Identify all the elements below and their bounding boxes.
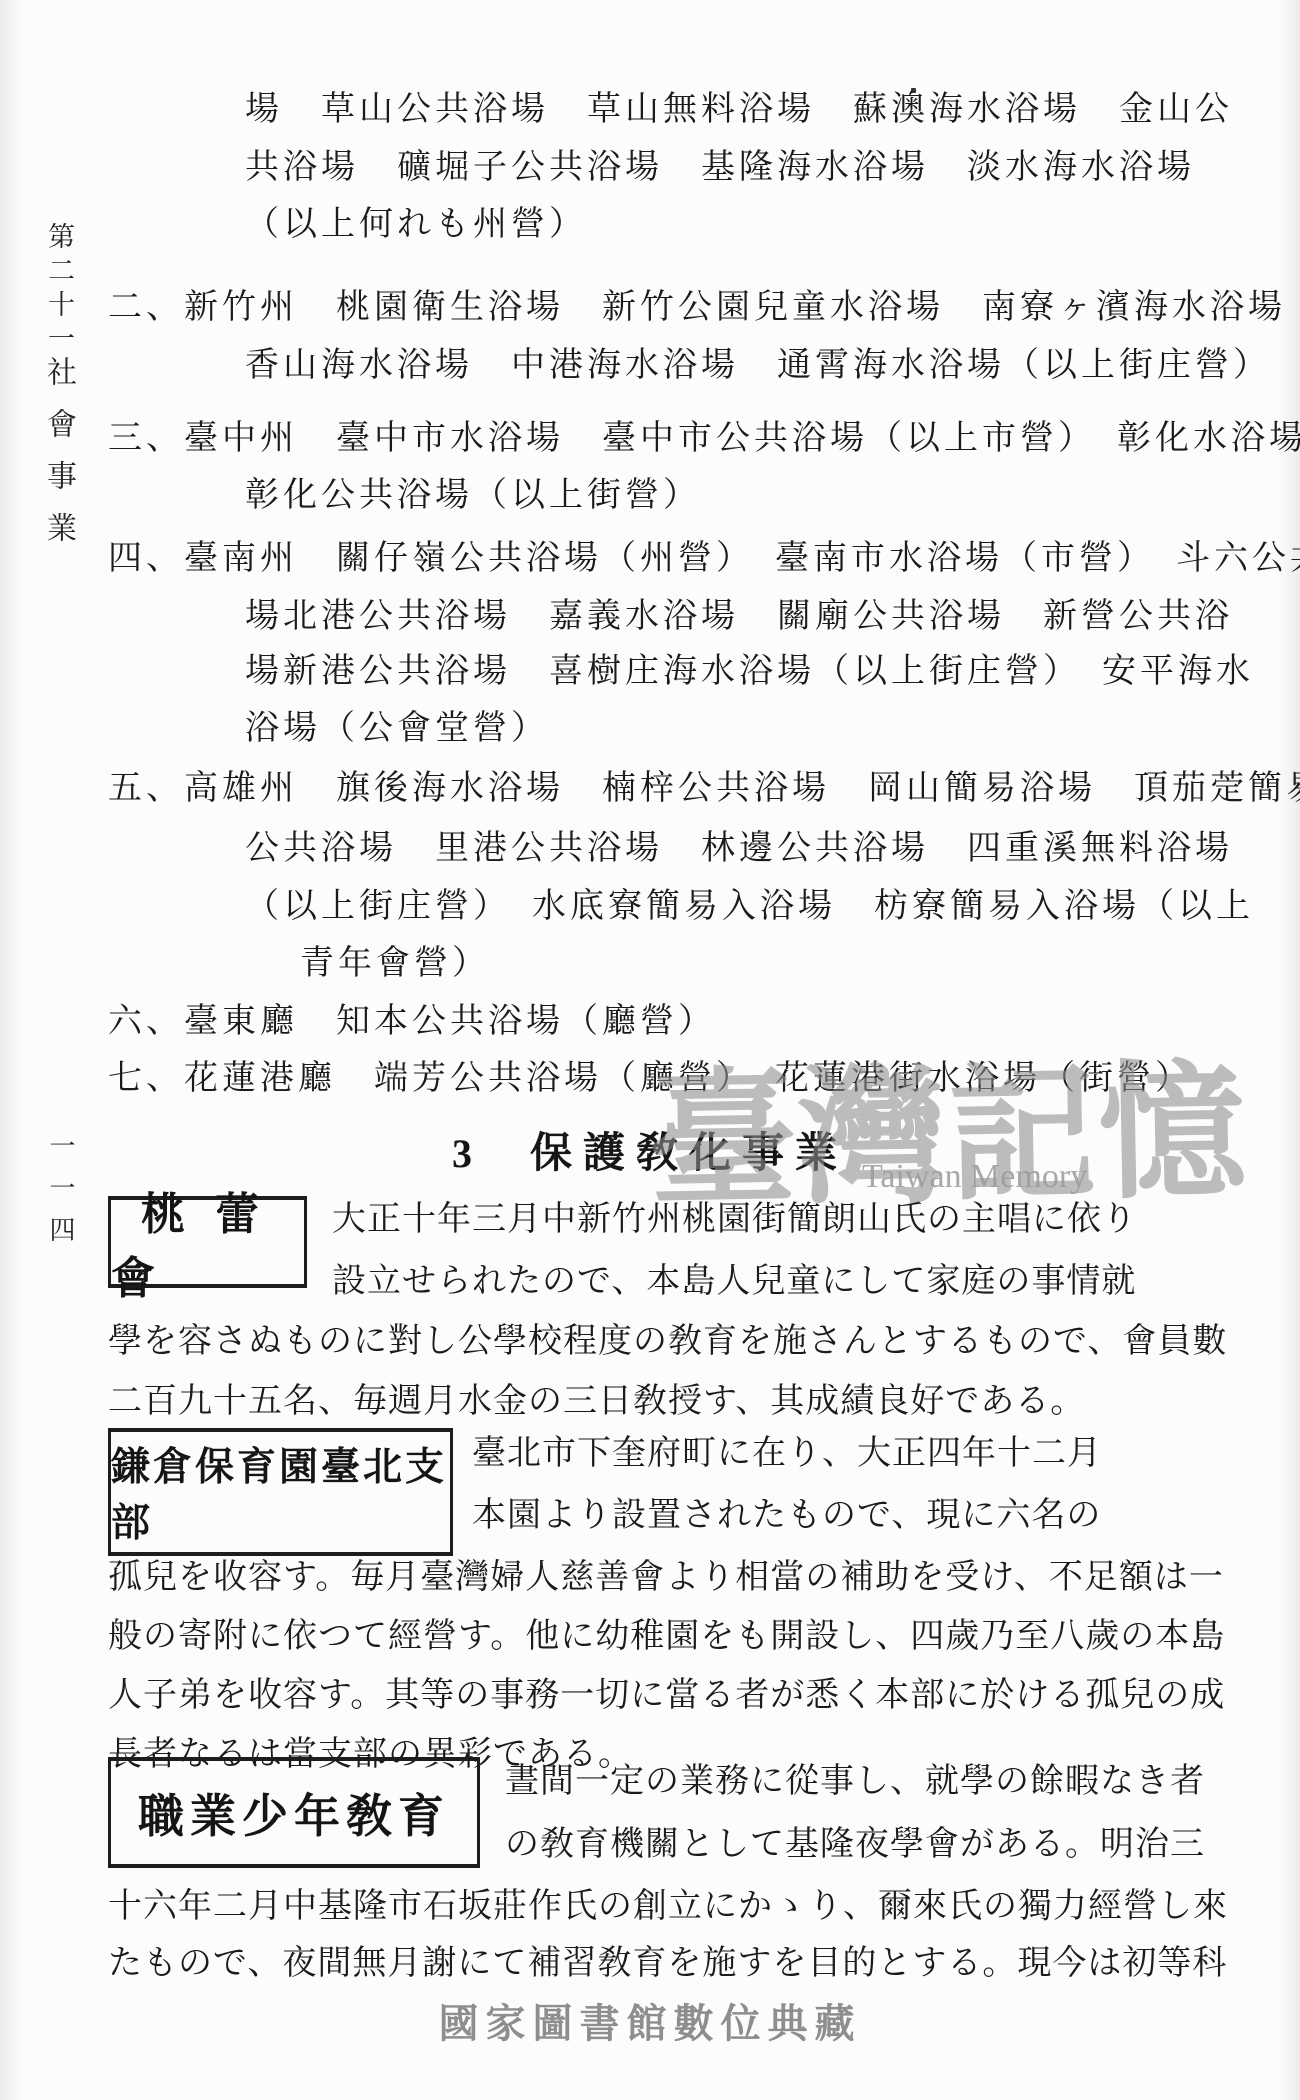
margin-chapter-label: 第二十一	[40, 222, 79, 358]
bath-list-line: 香山海水浴場 中港海水浴場 通霄海水浴場（以上街庄營）	[245, 346, 1271, 387]
org-paragraph-line: たもので、夜間無月謝にて補習敎育を施すを目的とする。現今は初等科	[108, 1944, 1227, 1985]
org-box-label: 職業少年敎育	[138, 1780, 450, 1846]
org-paragraph-line: 學を容さぬものに對し公學校程度の敎育を施さんとするもので、會員數	[108, 1322, 1227, 1363]
section-heading: 3 保護敎化事業	[452, 1120, 848, 1180]
org-paragraph-line: 二百九十五名、毎週月水金の三日敎授す、其成績良好である。	[108, 1382, 1085, 1423]
bath-list-line: （以上街庄營） 水底寮簡易入浴場 枋寮簡易入浴場（以上	[245, 887, 1254, 928]
org-box-kamakura-hoikuen: 鎌倉保育園臺北支部	[108, 1428, 453, 1556]
org-paragraph-line: の敎育機關として基隆夜學會がある。明治三	[505, 1825, 1205, 1866]
section-title: 保護敎化事業	[530, 1120, 848, 1180]
org-paragraph-line: 設立せられたので、本島人兒童にして家庭の事情就	[332, 1262, 1136, 1303]
org-paragraph-line: 晝間一定の業務に從事し、就學の餘暇なき者	[505, 1762, 1205, 1803]
scanned-document-page: 第二十一 社會事業 一一四 場 草山公共浴場 草山無料浴場 蘇澳海水浴場 金山公…	[0, 0, 1300, 2100]
bath-list-line: 場 草山公共浴場 草山無料浴場 蘇澳海水浴場 金山公	[245, 90, 1233, 131]
org-paragraph-line: 本園より設置されたもので、現に六名の	[472, 1496, 1101, 1537]
org-paragraph-line: 十六年二月中基隆市石坂莊作氏の創立にかゝり、爾來氏の獨力經營し來	[108, 1887, 1228, 1928]
library-archive-caption: 國家圖書館數位典藏	[0, 1992, 1300, 2049]
bath-list-line-shinchiku: 二、新竹州 桃園衛生浴場 新竹公園兒童水浴場 南寮ヶ濱海水浴場	[108, 288, 1286, 329]
bath-list-line-taito: 六、臺東廳 知本公共浴場（廳營）	[108, 1002, 716, 1043]
taiwan-memory-watermark-latin: Taiwan Memory	[862, 1158, 1087, 1196]
org-paragraph-line: 般の寄附に依つて經營す。他に幼稚園をも開設し、四歲乃至八歲の本島	[108, 1617, 1225, 1658]
margin-section-label: 社會事業	[36, 356, 80, 564]
section-number: 3	[452, 1130, 472, 1177]
bath-list-line: 浴場（公會堂營）	[245, 709, 549, 750]
bath-list-line: 場新港公共浴場 喜樹庄海水浴場（以上街庄營） 安平海水	[245, 652, 1254, 693]
org-box-label: 鎌倉保育園臺北支部	[111, 1436, 450, 1548]
bath-list-line: 共浴場 礦堀子公共浴場 基隆海水浴場 淡水海水浴場	[245, 148, 1195, 189]
org-paragraph-line: 臺北市下奎府町に在り、大正四年十二月	[472, 1434, 1102, 1475]
bath-list-line-takao: 五、高雄州 旗後海水浴場 楠梓公共浴場 岡山簡易浴場 頂茄萣簡易	[108, 769, 1300, 810]
bath-list-line-karenko: 七、花蓮港廳 端芳公共浴場（廳營） 花蓮港街水浴場（街營）	[108, 1059, 1193, 1100]
bath-list-line: 青年會營）	[300, 944, 490, 985]
margin-page-number: 一一四	[42, 1132, 79, 1258]
org-box-torai-kai: 桃蕾會	[108, 1196, 307, 1288]
bath-list-line: 彰化公共浴場（以上街營）	[245, 476, 701, 517]
bath-list-line: （以上何れも州營）	[245, 205, 587, 246]
org-box-shokugyo-shonen: 職業少年敎育	[108, 1757, 480, 1868]
bath-list-line-tainan: 四、臺南州 關仔嶺公共浴場（州營） 臺南市水浴場（市營） 斗六公共浴	[108, 539, 1300, 580]
bath-list-line: 場北港公共浴場 嘉義水浴場 關廟公共浴場 新營公共浴	[245, 597, 1233, 638]
bath-list-line: 公共浴場 里港公共浴場 林邊公共浴場 四重溪無料浴場	[245, 829, 1233, 870]
org-box-label: 桃蕾會	[111, 1178, 304, 1306]
org-paragraph-line: 孤兒を收容す。毎月臺灣婦人慈善會より相當の補助を受け、不足額は一	[108, 1558, 1224, 1599]
bath-list-line-taichu: 三、臺中州 臺中市水浴場 臺中市公共浴場（以上市營） 彰化水浴場	[108, 419, 1300, 460]
org-paragraph-line: 大正十年三月中新竹州桃園街簡朗山氏の主唱に依り	[332, 1200, 1137, 1241]
org-paragraph-line: 人子弟を收容す。其等の事務一切に當る者が悉く本部に於ける孤兒の成	[108, 1676, 1225, 1717]
